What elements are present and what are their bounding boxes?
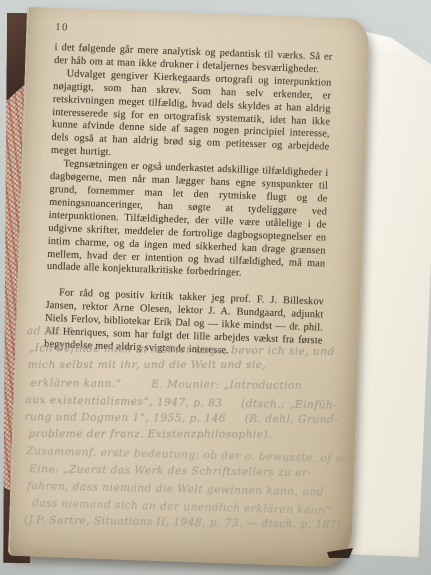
printed-paragraph: Udvalget gengiver Kierkegaards ortografi…: [51, 68, 332, 168]
book-page: 10 i det følgende går mere analytisk og …: [8, 7, 370, 568]
handwritten-line: mich selbst mit ihr, und die Welt und si…: [28, 357, 373, 374]
page-number: 10: [55, 22, 369, 44]
handwritten-line: probleme der franz. Existenzphilosophie)…: [28, 426, 372, 444]
book-photo: 10 i det følgende går mere analytisk og …: [0, 0, 431, 575]
printed-text: i det følgende går mere analytisk og ped…: [17, 41, 369, 363]
printed-paragraph: Tegnsætningen er også underkastet adskil…: [47, 158, 329, 284]
handwritten-annotations: ad Nr. 2.„Ich befinde mich in meiner Lag…: [22, 323, 373, 531]
